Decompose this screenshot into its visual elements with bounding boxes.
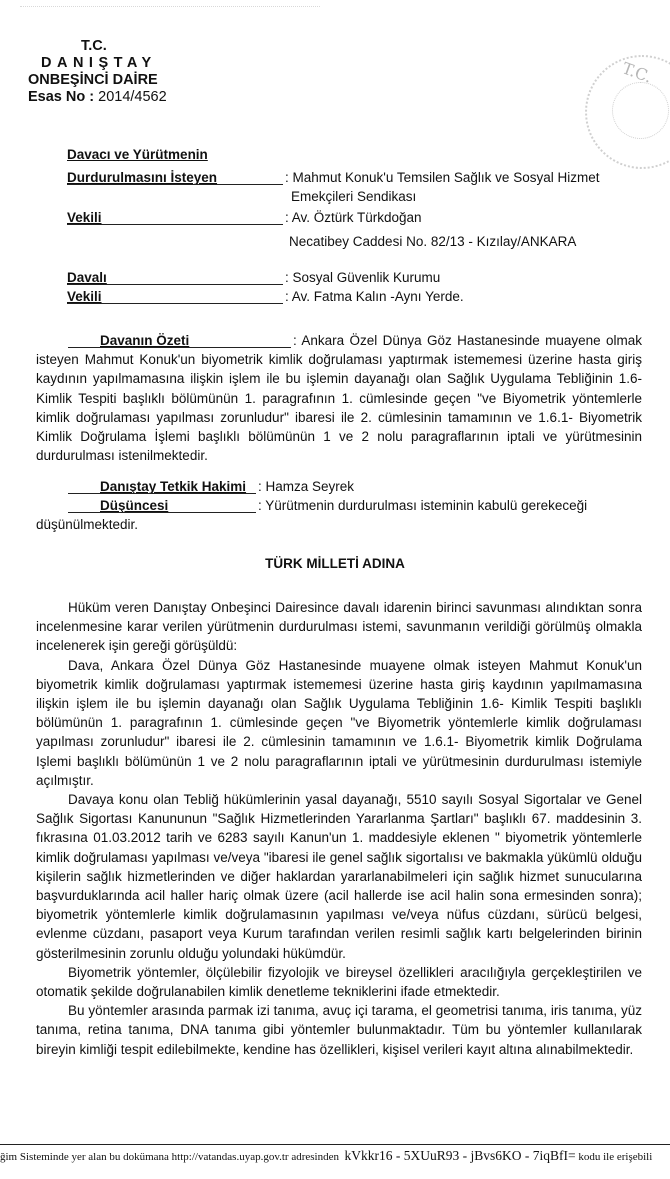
footer-verification: ğim Sisteminde yer alan bu dokümana http… <box>0 1148 670 1164</box>
body-paragraph: Biyometrik yöntemler, ölçülebilir fizyol… <box>36 963 642 1001</box>
case-summary-label: Davanın Özeti <box>68 331 293 350</box>
seal-inner-ring <box>612 82 669 139</box>
plaintiff-attorney-label: Vekili <box>67 208 285 227</box>
header-chamber: ONBEŞİNCİ DAİRE <box>28 72 167 89</box>
defendant-label: Davalı <box>67 268 285 287</box>
plaintiff-label-2: Durdurulmasını İsteyen <box>67 168 285 187</box>
case-summary-text: : Ankara Özel Dünya Göz Hastanesinde mua… <box>36 333 642 463</box>
verification-code: kVkkr16 - 5XUuR93 - jBvs6KO - 7iqBfI= <box>345 1148 576 1163</box>
defendant-value: : Sosyal Güvenlik Kurumu <box>285 268 440 287</box>
plaintiff-attorney-value: : Av. Öztürk Türkdoğan <box>285 208 422 227</box>
body-paragraph: Bu yöntemler arasında parmak izi tanıma,… <box>36 1001 642 1059</box>
document-header: T.C. DANIŞTAY ONBEŞİNCİ DAİRE Esas No : … <box>28 38 167 106</box>
defendant-attorney-value: : Av. Fatma Kalın -Aynı Yerde. <box>285 287 464 306</box>
case-summary: Davanın Özeti: Ankara Özel Dünya Göz Has… <box>36 331 642 465</box>
case-number-value: 2014/4562 <box>98 89 167 105</box>
defendant-attorney-label: Vekili <box>67 287 285 306</box>
plaintiff-value-cont: Emekçileri Sendikası <box>67 187 599 206</box>
body-paragraph: Hüküm veren Danıştay Onbeşinci Dairesinc… <box>36 598 642 656</box>
body-paragraph: Davaya konu olan Tebliğ hükümlerinin yas… <box>36 790 642 963</box>
opinion-cont: düşünülmektedir. <box>36 515 642 534</box>
plaintiff-label-1: Davacı ve Yürütmenin <box>67 145 285 164</box>
seal-text: T.C. <box>620 58 655 86</box>
opinion-value: : Yürütmenin durdurulması isteminin kabu… <box>258 498 587 513</box>
rapporteur-value: : Hamza Seyrek <box>258 479 354 494</box>
defendant-block: Davalı: Sosyal Güvenlik Kurumu Vekili: A… <box>67 268 464 306</box>
rapporteur-block: Danıştay Tetkik Hakimi: Hamza Seyrek Düş… <box>36 477 642 535</box>
header-tc: T.C. <box>28 38 167 55</box>
document-page: T.C. DANIŞTAY ONBEŞİNCİ DAİRE Esas No : … <box>0 0 670 1179</box>
decision-body: Hüküm veren Danıştay Onbeşinci Dairesinc… <box>36 598 642 1059</box>
body-paragraph: Dava, Ankara Özel Dünya Göz Hastanesinde… <box>36 656 642 790</box>
header-case-number: Esas No : 2014/4562 <box>28 89 167 106</box>
section-title: TÜRK MİLLETİ ADINA <box>0 556 670 571</box>
rapporteur-label: Danıştay Tetkik Hakimi <box>68 477 258 496</box>
footer-text: ğim Sisteminde yer alan bu dokümana http… <box>0 1151 339 1163</box>
case-number-label: Esas No : <box>28 89 94 105</box>
footer-suffix: kodu ile erişebili <box>578 1151 652 1163</box>
header-court: DANIŞTAY <box>28 55 167 72</box>
footer-divider <box>0 1144 670 1145</box>
plaintiff-value: : Mahmut Konuk'u Temsilen Sağlık ve Sosy… <box>285 168 599 187</box>
plaintiff-attorney-address: Necatibey Caddesi No. 82/13 - Kızılay/AN… <box>67 232 599 251</box>
scan-artifact <box>20 6 320 7</box>
opinion-label: Düşüncesi <box>68 496 258 515</box>
plaintiff-block: Davacı ve Yürütmenin Durdurulmasını İste… <box>67 145 599 251</box>
